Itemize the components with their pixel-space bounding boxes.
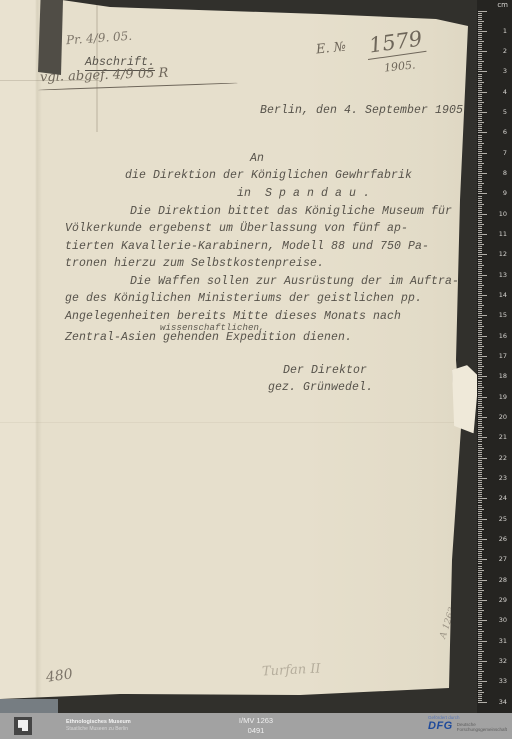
ruler-tick [478, 305, 484, 306]
ruler-tick [478, 403, 482, 404]
ruler-tick [478, 342, 482, 343]
ruler-number: 5 [490, 108, 507, 116]
ruler-tick [478, 582, 482, 583]
ruler-tick [478, 289, 482, 290]
letter-body-line: tronen hierzu zum Selbstkostenpreise. [65, 257, 324, 270]
ruler-tick [478, 273, 482, 274]
ruler-tick [478, 462, 482, 463]
ruler-tick [478, 328, 482, 329]
ruler-tick [478, 189, 482, 190]
ruler-tick [478, 23, 482, 24]
ruler-tick [478, 128, 482, 129]
ruler-number: 11 [490, 230, 507, 238]
ruler-tick [478, 553, 482, 554]
ruler-tick [478, 480, 482, 481]
ruler-tick [478, 224, 484, 225]
ruler-tick [478, 529, 484, 530]
ruler-tick [478, 513, 482, 514]
ruler-tick [478, 102, 484, 103]
letter-signature: gez. Grünwedel. [268, 381, 373, 394]
ruler-tick [478, 500, 482, 501]
ruler-tick [478, 519, 487, 520]
ruler-tick [478, 602, 482, 603]
ruler-tick [478, 31, 487, 32]
ruler-tick [478, 578, 482, 579]
ruler-number: 32 [490, 657, 507, 665]
ruler-tick [478, 218, 482, 219]
ruler-tick [478, 610, 484, 611]
ruler-tick [478, 208, 482, 209]
ruler-tick [478, 96, 482, 97]
paper-gap-shadow [38, 0, 63, 75]
ruler-tick [478, 53, 482, 54]
ruler-tick [478, 202, 482, 203]
ruler-tick [478, 450, 482, 451]
dfg-full-name: Deutsche Forschungsgemeinschaft [457, 721, 507, 732]
ruler-tick [478, 175, 482, 176]
ruler-tick [478, 600, 487, 601]
ruler-tick [478, 421, 482, 422]
ruler-tick [478, 354, 482, 355]
ruler-tick [478, 295, 487, 296]
ruler-tick [478, 185, 482, 186]
ruler-tick [478, 700, 482, 701]
ruler-number: 29 [490, 596, 507, 604]
ruler-tick [478, 291, 482, 292]
ruler-tick [478, 366, 484, 367]
ruler-tick [478, 498, 487, 499]
ruler-tick [478, 563, 482, 564]
ruler-tick [478, 67, 482, 68]
ruler-tick [478, 574, 482, 575]
ruler-tick [478, 502, 482, 503]
ruler-tick [478, 446, 482, 447]
ruler-tick [478, 417, 487, 418]
ruler-number: 27 [490, 555, 507, 563]
ruler-tick [478, 130, 482, 131]
ruler-tick [478, 515, 482, 516]
ruler-tick [478, 263, 482, 264]
ruler-tick [478, 193, 487, 194]
ruler-tick [478, 604, 482, 605]
ruler-tick [478, 226, 482, 227]
ruler-tick [478, 232, 482, 233]
ruler-tick [478, 303, 482, 304]
ruler-tick [478, 460, 482, 461]
ruler-tick [478, 322, 482, 323]
ruler-tick [478, 307, 482, 308]
ruler-number: 15 [490, 311, 507, 319]
ruler-tick [478, 364, 482, 365]
ruler-tick [478, 677, 482, 678]
paper-crease-line [0, 422, 460, 423]
ruler-tick [478, 84, 482, 85]
ruler-tick [478, 173, 487, 174]
ruler-tick [478, 132, 487, 133]
ruler-tick [478, 37, 482, 38]
ruler-tick [478, 362, 482, 363]
ruler-tick [478, 429, 482, 430]
ruler-tick [478, 448, 484, 449]
ruler-tick [478, 667, 482, 668]
ruler-tick [478, 163, 484, 164]
ruler-tick [478, 151, 482, 152]
letter-body-line: Völkerkunde ergebenst um Überlassung von… [65, 222, 408, 235]
ruler-tick [478, 15, 482, 16]
ruler-tick [478, 653, 482, 654]
ruler-tick [478, 234, 487, 235]
ruler-number: 12 [490, 250, 507, 258]
ruler-tick [478, 533, 482, 534]
ruler-tick [478, 271, 482, 272]
ruler-tick [478, 356, 487, 357]
ruler-tick [478, 63, 482, 64]
dfg-acronym-icon: DFG [428, 721, 453, 732]
ruler-tick [478, 511, 482, 512]
ruler-tick [478, 344, 482, 345]
ruler-tick [478, 313, 482, 314]
ruler-tick [478, 647, 482, 648]
ruler-tick [478, 598, 482, 599]
ruler-number: 25 [490, 515, 507, 523]
ruler-tick [478, 612, 482, 613]
ruler-tick [478, 692, 484, 693]
ruler-tick [478, 458, 487, 459]
ruler-tick [478, 551, 482, 552]
ruler-tick [478, 330, 482, 331]
ruler-tick [478, 311, 482, 312]
ruler-tick [478, 427, 484, 428]
ruler-tick [478, 576, 482, 577]
ruler-tick [478, 643, 482, 644]
ruler-tick [478, 230, 482, 231]
ruler-tick [478, 250, 482, 251]
ruler-tick [478, 616, 482, 617]
ruler-tick [478, 696, 482, 697]
ruler-tick [478, 21, 484, 22]
torn-paper-flap [450, 365, 479, 434]
ruler-tick [478, 346, 484, 347]
ruler-tick [478, 464, 482, 465]
ruler-tick [478, 352, 482, 353]
ruler-tick [478, 685, 482, 686]
edge-note-vertical: A 1263 [438, 606, 457, 640]
ruler-tick [478, 557, 482, 558]
ruler-tick [478, 523, 482, 524]
ruler-number: 19 [490, 393, 507, 401]
ruler-tick [478, 673, 482, 674]
ruler-tick [478, 110, 482, 111]
ruler-tick [478, 206, 482, 207]
ruler-tick [478, 114, 482, 115]
ruler-tick [478, 13, 482, 14]
ruler-number: 16 [490, 332, 507, 340]
ruler-tick [478, 661, 487, 662]
ruler-number: 22 [490, 454, 507, 462]
ruler-tick [478, 340, 482, 341]
ruler-tick [478, 594, 482, 595]
ruler-tick [478, 252, 482, 253]
ruler-tick [478, 637, 482, 638]
ruler-tick [478, 547, 482, 548]
ruler-tick [478, 33, 482, 34]
ruler-tick [478, 210, 482, 211]
ruler-tick [478, 191, 482, 192]
ruler-tick [478, 370, 482, 371]
ruler-tick [478, 112, 487, 113]
ruler-tick [478, 401, 482, 402]
ruler-number: 31 [490, 637, 507, 645]
ruler-tick [478, 165, 482, 166]
ruler-tick [478, 261, 482, 262]
ruler-tick [478, 393, 482, 394]
ruler-number: 9 [490, 189, 507, 197]
ruler-number: 33 [490, 677, 507, 685]
ruler-tick [478, 118, 482, 119]
ruler-tick [478, 277, 482, 278]
ruler-number: 10 [490, 210, 507, 218]
ruler-tick [478, 108, 482, 109]
ruler-tick [478, 141, 482, 142]
ruler-tick [478, 633, 482, 634]
ruler-tick [478, 47, 482, 48]
ruler-tick [478, 43, 482, 44]
scan-viewport: Pr. 4/9. 05. Abschrift. vgl. abgef. 4/9 … [0, 0, 512, 739]
ruler-number: 24 [490, 494, 507, 502]
letter-body-line: tierten Kavallerie-Karabinern, Modell 88… [65, 240, 429, 253]
ruler-tick [478, 669, 482, 670]
ruler-tick [478, 505, 482, 506]
ruler-tick [478, 275, 487, 276]
letter-closing-role: Der Direktor [283, 364, 367, 377]
ruler-tick [478, 419, 482, 420]
ruler-tick [478, 631, 484, 632]
ruler-tick [478, 645, 482, 646]
ruler-tick [478, 675, 482, 676]
page-number-pencil: 480 [45, 666, 74, 686]
ruler-tick [478, 486, 482, 487]
document-page: Pr. 4/9. 05. Abschrift. vgl. abgef. 4/9 … [0, 0, 472, 702]
ruler-tick [478, 51, 487, 52]
ruler-tick [478, 181, 482, 182]
ruler-number: 23 [490, 474, 507, 482]
ruler-tick [478, 137, 482, 138]
ruler-tick [478, 143, 484, 144]
ruler-tick [478, 683, 482, 684]
ruler-tick [478, 259, 482, 260]
ruler-tick [478, 431, 482, 432]
ruler-tick [478, 135, 482, 136]
ruler-tick [478, 496, 482, 497]
ruler-tick [478, 80, 482, 81]
ruler-tick [478, 663, 482, 664]
ruler-tick [478, 507, 482, 508]
journal-number: 1579 [364, 26, 426, 60]
ruler-tick [478, 702, 487, 703]
ruler-number: 17 [490, 352, 507, 360]
ruler-tick [478, 59, 482, 60]
ruler-tick [478, 27, 482, 28]
viewer-footer: Ethnologisches Museum Staatliche Museen … [0, 713, 512, 739]
ruler-number: 4 [490, 88, 507, 96]
ruler-tick [478, 326, 484, 327]
pencil-note-top-left: Pr. 4/9. 05. [66, 29, 133, 48]
ruler-tick [478, 423, 482, 424]
ruler-tick [478, 572, 482, 573]
ruler-tick [478, 196, 482, 197]
ruler-tick [478, 145, 482, 146]
ruler-tick [478, 216, 482, 217]
ruler-number: 21 [490, 433, 507, 441]
ruler-tick [478, 169, 482, 170]
ruler-tick [478, 539, 487, 540]
ruler-tick [478, 157, 482, 158]
ruler-tick [478, 204, 484, 205]
ruler-tick [478, 214, 487, 215]
ruler-tick [478, 568, 482, 569]
ruler-number: 28 [490, 576, 507, 584]
ruler-tick [478, 671, 484, 672]
ruler-tick [478, 649, 482, 650]
ruler-tick [478, 372, 482, 373]
ruler-tick [478, 543, 482, 544]
ruler-tick [478, 92, 487, 93]
ruler-tick [478, 358, 482, 359]
ruler-tick [478, 17, 482, 18]
ruler-tick [478, 86, 482, 87]
ruler-tick [478, 405, 482, 406]
ruler-tick [478, 374, 482, 375]
ruler-tick [478, 78, 482, 79]
ruler-tick [478, 383, 482, 384]
ruler-tick [478, 397, 487, 398]
ruler-tick [478, 580, 487, 581]
ruler-tick [478, 65, 482, 66]
ruler-tick [478, 509, 484, 510]
ruler-tick [478, 525, 482, 526]
ruler-tick [478, 570, 484, 571]
ruler-number: 6 [490, 128, 507, 136]
ruler-tick [478, 94, 482, 95]
ruler-tick [478, 283, 482, 284]
ruler-tick [478, 517, 482, 518]
ruler-number: 18 [490, 372, 507, 380]
letter-addressee-city: in S p a n d a u . [237, 187, 370, 200]
ruler-tick [478, 124, 482, 125]
ruler-tick [478, 55, 482, 56]
ruler-tick [478, 413, 482, 414]
ruler-number: 2 [490, 47, 507, 55]
ruler-tick [478, 541, 482, 542]
ruler-tick [478, 317, 482, 318]
ruler-number: 7 [490, 149, 507, 157]
ruler-tick [478, 466, 482, 467]
letter-addressee: die Direktion der Königlichen Gewhrfabri… [125, 169, 412, 182]
ruler-tick [478, 126, 482, 127]
ruler-tick [478, 537, 482, 538]
ruler-tick [478, 220, 482, 221]
ruler-tick [478, 309, 482, 310]
ruler-number: 14 [490, 291, 507, 299]
ruler-tick [478, 376, 487, 377]
ruler-tick [478, 698, 482, 699]
letter-body-line: Angelegenheiten bereits Mitte dieses Mon… [65, 310, 401, 323]
ruler-tick [478, 240, 482, 241]
ruler-tick [478, 11, 487, 12]
ruler-tick [478, 338, 482, 339]
ruler-tick [478, 348, 482, 349]
ruler-tick [478, 456, 482, 457]
ruler-tick [478, 256, 482, 257]
ruler-tick [478, 297, 482, 298]
ruler-tick [478, 299, 482, 300]
ruler-number: 34 [490, 698, 507, 706]
ruler-tick [478, 139, 482, 140]
ruler-tick [478, 624, 482, 625]
ruler-tick [478, 608, 482, 609]
ruler-tick [478, 596, 482, 597]
ruler-number: 20 [490, 413, 507, 421]
ruler-unit-label: cm [497, 1, 508, 9]
ruler-tick [478, 545, 482, 546]
ruler-tick [478, 618, 482, 619]
ruler-tick [478, 454, 482, 455]
ruler-tick [478, 149, 482, 150]
ruler-tick [478, 29, 482, 30]
ruler-tick [478, 332, 482, 333]
ruler-tick [478, 45, 482, 46]
ruler-tick [478, 324, 482, 325]
ruler-number: 3 [490, 67, 507, 75]
ruler-tick [478, 433, 482, 434]
ruler-tick [478, 474, 482, 475]
ruler-tick [478, 381, 482, 382]
ruler-tick [478, 492, 482, 493]
ruler-tick [478, 566, 482, 567]
journal-number-prefix: E. № [315, 39, 346, 57]
ruler-tick [478, 74, 482, 75]
ruler-tick [478, 588, 482, 589]
ruler-tick [478, 389, 482, 390]
ruler-tick [478, 69, 482, 70]
ruler-tick [478, 265, 484, 266]
ruler-tick [478, 527, 482, 528]
ruler-tick [478, 246, 482, 247]
ruler-tick [478, 360, 482, 361]
ruler-tick [478, 435, 482, 436]
ruler-tick [478, 244, 484, 245]
ruler-tick [478, 39, 482, 40]
ruler-tick [478, 167, 482, 168]
ruler-tick [478, 437, 487, 438]
ruler-tick [478, 228, 482, 229]
ruler-tick [478, 147, 482, 148]
ruler-tick [478, 25, 482, 26]
ruler-tick [478, 439, 482, 440]
ruler-tick [478, 476, 482, 477]
ruler-tick [478, 521, 482, 522]
ruler-tick [478, 694, 482, 695]
ruler-tick [478, 378, 482, 379]
ruler-tick [478, 368, 482, 369]
ruler-number: 26 [490, 535, 507, 543]
ruler-tick [478, 293, 482, 294]
ruler-tick [478, 657, 482, 658]
ruler-tick [478, 535, 482, 536]
ruler-tick [478, 179, 482, 180]
journal-year: 1905. [383, 58, 416, 74]
ruler-tick [478, 350, 482, 351]
